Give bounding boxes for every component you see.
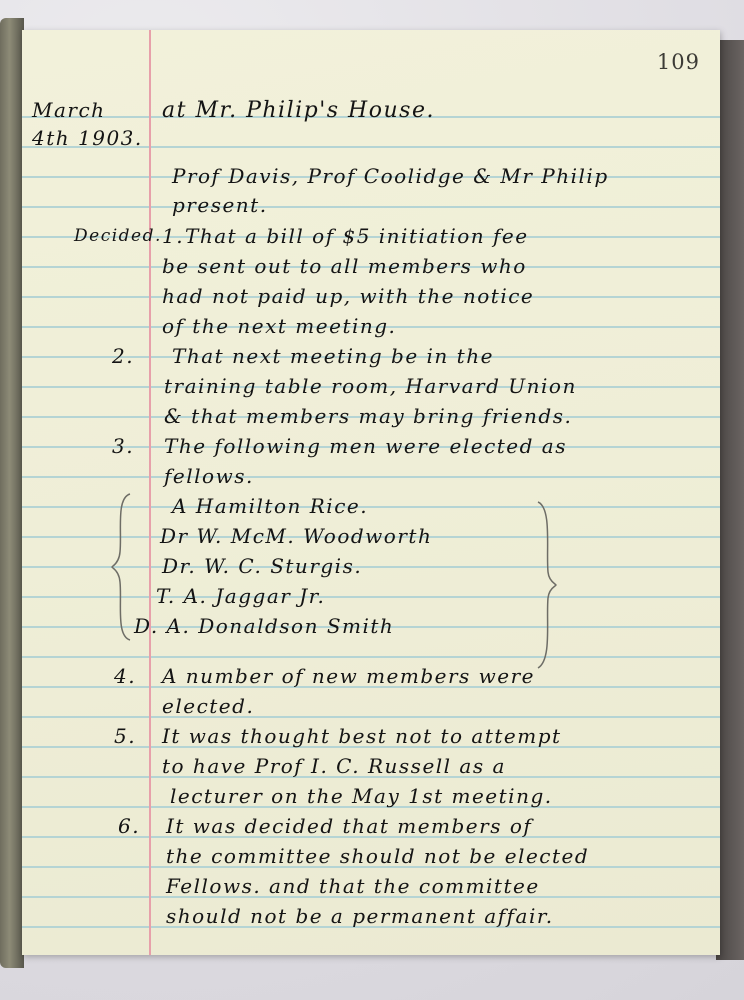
meeting-location: at Mr. Philip's House. bbox=[162, 100, 435, 122]
item-2-line-1: That next meeting be in the bbox=[172, 346, 494, 366]
item-1-line-1: That a bill of $5 initiation fee bbox=[185, 226, 529, 246]
item-3-number: 3. bbox=[112, 436, 134, 456]
book-edge-right bbox=[716, 40, 744, 960]
item-3-line-1: The following men were elected as bbox=[164, 436, 567, 456]
fellow-3: Dr. W. C. Sturgis. bbox=[162, 556, 362, 576]
item-6-line-2: the committee should not be elected bbox=[166, 846, 589, 866]
left-brace bbox=[110, 492, 134, 642]
attendance-line-2: present. bbox=[172, 195, 268, 215]
item-6-number: 6. bbox=[118, 816, 140, 836]
item-1-line-2: be sent out to all members who bbox=[162, 256, 527, 276]
fellow-2: Dr W. McM. Woodworth bbox=[160, 526, 432, 546]
item-4-line-1: A number of new members were bbox=[162, 666, 535, 686]
date-month: March bbox=[32, 100, 106, 120]
item-2-number: 2. bbox=[112, 346, 134, 366]
fellow-4: T. A. Jaggar Jr. bbox=[156, 586, 325, 606]
item-6-line-4: should not be a permanent affair. bbox=[166, 906, 554, 926]
item-6-line-1: It was decided that members of bbox=[166, 816, 532, 836]
item-5-line-1: It was thought best not to attempt bbox=[162, 726, 562, 746]
fellow-1: A Hamilton Rice. bbox=[172, 496, 368, 516]
item-5-line-2: to have Prof I. C. Russell as a bbox=[162, 756, 506, 776]
ruled-line bbox=[22, 656, 720, 658]
book-spine-left bbox=[0, 18, 24, 968]
ruled-line bbox=[22, 206, 720, 208]
right-brace bbox=[534, 500, 558, 670]
item-1-number: 1. bbox=[162, 226, 184, 246]
item-3-line-2: fellows. bbox=[164, 466, 254, 486]
red-margin-line bbox=[149, 30, 151, 955]
item-4-line-2: elected. bbox=[162, 696, 254, 716]
date-day-year: 4th 1903. bbox=[32, 128, 143, 148]
item-4-number: 4. bbox=[114, 666, 136, 686]
item-6-line-3: Fellows. and that the committee bbox=[166, 876, 540, 896]
fellow-5: D. A. Donaldson Smith bbox=[134, 616, 394, 636]
item-2-line-2: training table room, Harvard Union bbox=[164, 376, 577, 396]
item-5-line-3: lecturer on the May 1st meeting. bbox=[170, 786, 553, 806]
item-1-line-3: had not paid up, with the notice bbox=[162, 286, 534, 306]
item-2-line-3: & that members may bring friends. bbox=[164, 406, 572, 426]
ledger-page: 109 March 4th 1903. at Mr. Philip's Hous… bbox=[22, 30, 720, 955]
decided-margin-label: Decided. bbox=[74, 228, 162, 245]
ruled-line bbox=[22, 716, 720, 718]
item-1-line-4: of the next meeting. bbox=[162, 316, 396, 336]
page-number: 109 bbox=[657, 50, 700, 74]
attendance-line-1: Prof Davis, Prof Coolidge & Mr Philip bbox=[172, 166, 609, 186]
ruled-line bbox=[22, 476, 720, 478]
item-5-number: 5. bbox=[114, 726, 136, 746]
